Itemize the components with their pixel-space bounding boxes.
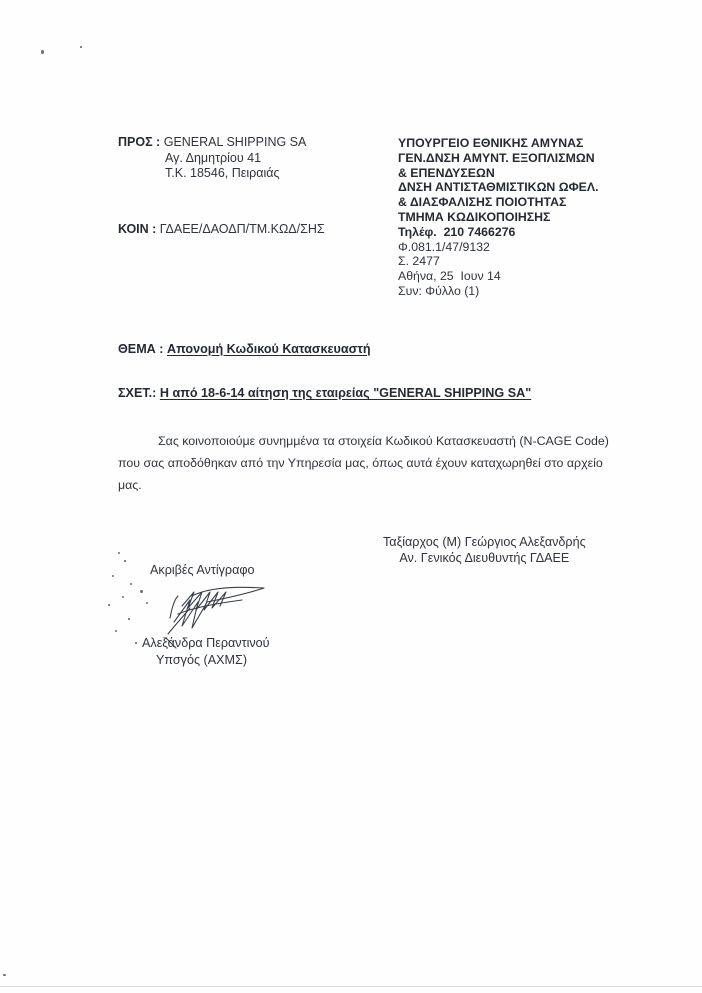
body-paragraph: Σας κοινοποιούμε συνημμένα τα στοιχεία Κ… [118,430,618,496]
file-reference: Φ.081.1/47/9132 [398,240,599,255]
reference-value: Η από 18-6-14 αίτηση της εταιρείας "GENE… [160,386,531,400]
sender-line: ΓΕΝ.ΔΝΣΗ ΑΜΥΝΤ. ΕΞΟΠΛΙΣΜΩΝ [398,151,599,166]
place-date: Αθήνα, 25 Ιουν 14 [398,269,599,284]
koin-label: ΚΟΙΝ : [118,222,156,236]
sender-line: ΤΜΗΜΑ ΚΩΔΙΚΟΠΟΙΗΣΗΣ [398,210,599,225]
body-line-3: μας. [118,474,618,496]
true-copy-name: Αλεξάνδρα Περαντινού [142,636,270,651]
koin-line: ΚΟΙΝ : ΓΔΑΕΕ/ΔΑΟΔΠ/ΤΜ.ΚΩΔ/ΣΗΣ [118,222,325,237]
recipient-address-line1: Αγ. Δημητρίου 41 [118,151,306,167]
recipient-company: GENERAL SHIPPING SA [164,135,307,149]
phone-number: 210 7466276 [444,225,516,239]
body-line-1: Σας κοινοποιούμε συνημμένα τα στοιχεία Κ… [118,430,618,452]
serial-number: Σ. 2477 [398,254,599,269]
subject-value: Απονομή Κωδικού Κατασκευαστή [167,342,371,356]
phone-label: Τηλέφ. [398,225,437,239]
recipient-block: ΠΡΟΣ : GENERAL SHIPPING SA Αγ. Δημητρίου… [118,135,306,182]
subject-label: ΘΕΜΑ : [118,342,163,356]
attachments: Συν: Φύλλο (1) [398,284,599,299]
reference-label: ΣΧΕΤ.: [118,386,156,400]
sender-line: & ΔΙΑΣΦΑΛΙΣΗΣ ΠΟΙΟΤΗΤΑΣ [398,195,599,210]
recipient-label: ΠΡΟΣ : [118,135,160,149]
body-line-2: που σας αποδόθηκαν από την Υπηρεσία μας,… [118,452,618,474]
sender-line: ΔΝΣΗ ΑΝΤΙΣΤΑΘΜΙΣΤΙΚΩΝ ΩΦΕΛ. [398,180,599,195]
sender-phone: Τηλέφ. 210 7466276 [398,225,599,240]
true-copy-label: Ακριβές Αντίγραφο [150,563,255,578]
signatory-name: Ταξίαρχος (Μ) Γεώργιος Αλεξανδρής [383,534,586,550]
reference-line: ΣΧΕΤ.: Η από 18-6-14 αίτηση της εταιρεία… [118,386,531,401]
sender-line: & ΕΠΕΝΔΥΣΕΩΝ [398,166,599,181]
subject-line: ΘΕΜΑ : Απονομή Κωδικού Κατασκευαστή [118,342,371,357]
signatory-title: Αν. Γενικός Διευθυντής ΓΔΑΕΕ [383,550,586,566]
scan-edge [0,986,702,987]
sender-line: ΥΠΟΥΡΓΕΙΟ ΕΘΝΙΚΗΣ ΑΜΥΝΑΣ [398,136,599,151]
koin-value: ΓΔΑΕΕ/ΔΑΟΔΠ/ΤΜ.ΚΩΔ/ΣΗΣ [160,222,325,236]
recipient-address-line2: Τ.Κ. 18546, Πειραιάς [118,166,306,182]
true-copy-rank: Υπσγός (ΑΧΜΣ) [156,653,247,668]
letter-page: ΠΡΟΣ : GENERAL SHIPPING SA Αγ. Δημητρίου… [0,0,702,993]
sender-block: ΥΠΟΥΡΓΕΙΟ ΕΘΝΙΚΗΣ ΑΜΥΝΑΣ ΓΕΝ.ΔΝΣΗ ΑΜΥΝΤ.… [398,136,599,299]
signatory-block: Ταξίαρχος (Μ) Γεώργιος Αλεξανδρής Αν. Γε… [383,534,586,566]
